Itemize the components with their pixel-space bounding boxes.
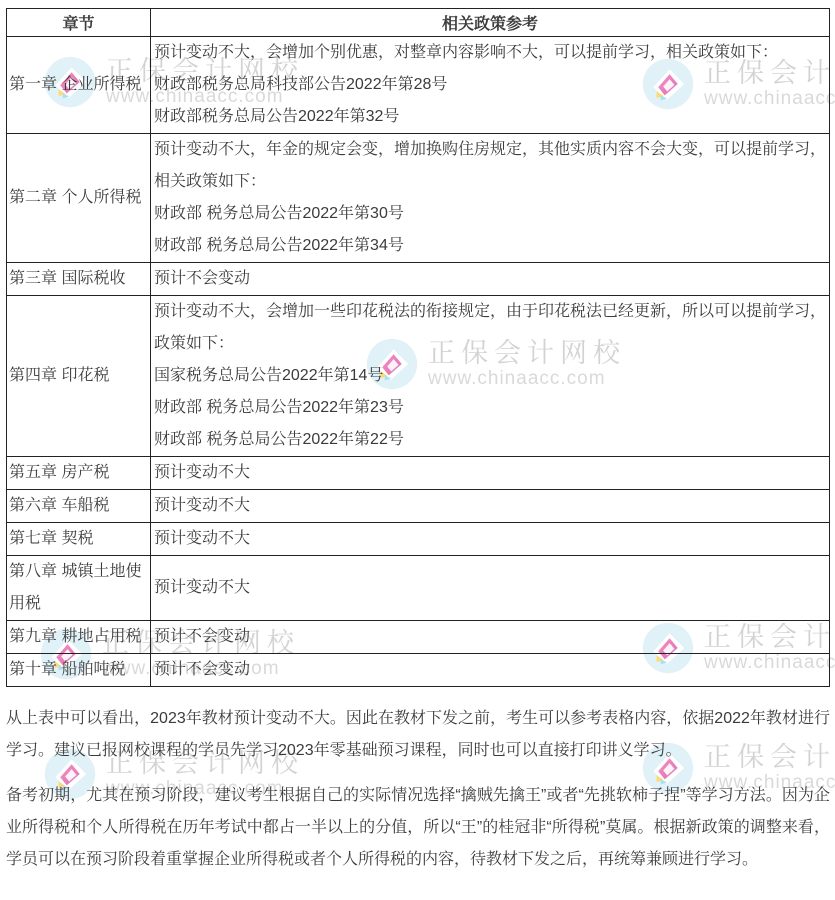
policy-cell: 预计变动不大，会增加一些印花税法的衔接规定，由于印花税法已经更新，所以可以提前学… <box>151 296 830 457</box>
policy-cell: 预计变动不大 <box>151 490 830 523</box>
table-row: 第七章 契税预计变动不大 <box>7 523 830 556</box>
summary-paragraphs: 从上表中可以看出，2023年教材预计变动不大。因此在教材下发之前，考生可以参考表… <box>6 703 830 876</box>
table-row: 第十章 船舶吨税预计不会变动 <box>7 654 830 687</box>
chapter-cell: 第三章 国际税收 <box>7 263 151 296</box>
col-header-chapter: 章节 <box>7 9 151 37</box>
chapter-cell: 第八章 城镇土地使用税 <box>7 556 151 621</box>
policy-cell: 预计变动不大 <box>151 457 830 490</box>
article-content: 章节 相关政策参考 第一章 企业所得税预计变动不大，会增加个别优惠，对整章内容影… <box>6 8 830 876</box>
policy-line: 预计变动不大 <box>154 523 826 555</box>
chapter-cell: 第六章 车船税 <box>7 490 151 523</box>
policy-line: 财政部 税务总局公告2022年第34号 <box>154 230 826 262</box>
chapter-cell: 第四章 印花税 <box>7 296 151 457</box>
policy-line: 财政部税务总局科技部公告2022年第28号 <box>154 69 826 101</box>
policy-cell: 预计不会变动 <box>151 654 830 687</box>
policy-line: 预计变动不大，年金的规定会变，增加换购住房规定，其他实质内容不会大变，可以提前学… <box>154 134 826 166</box>
policy-cell: 预计不会变动 <box>151 621 830 654</box>
policy-cell: 预计变动不大 <box>151 556 830 621</box>
policy-line: 相关政策如下： <box>154 166 826 198</box>
policy-cell: 预计变动不大 <box>151 523 830 556</box>
policy-line: 预计变动不大 <box>154 572 826 604</box>
policy-line: 预计变动不大，会增加一些印花税法的衔接规定，由于印花税法已经更新，所以可以提前学… <box>154 296 826 328</box>
document-page: { "colors": { "text": "#3b3b3b", "border… <box>0 0 835 900</box>
policy-line: 预计变动不大，会增加个别优惠，对整章内容影响不大，可以提前学习，相关政策如下： <box>154 37 826 69</box>
policy-line: 财政部税务总局公告2022年第32号 <box>154 101 826 133</box>
policy-table: 章节 相关政策参考 第一章 企业所得税预计变动不大，会增加个别优惠，对整章内容影… <box>6 8 830 687</box>
chapter-cell: 第二章 个人所得税 <box>7 134 151 263</box>
table-row: 第六章 车船税预计变动不大 <box>7 490 830 523</box>
policy-cell: 预计变动不大，年金的规定会变，增加换购住房规定，其他实质内容不会大变，可以提前学… <box>151 134 830 263</box>
chapter-cell: 第九章 耕地占用税 <box>7 621 151 654</box>
policy-cell: 预计变动不大，会增加个别优惠，对整章内容影响不大，可以提前学习，相关政策如下：财… <box>151 37 830 134</box>
policy-line: 政策如下： <box>154 328 826 360</box>
table-row: 第八章 城镇土地使用税预计变动不大 <box>7 556 830 621</box>
col-header-policy: 相关政策参考 <box>151 9 830 37</box>
chapter-cell: 第十章 船舶吨税 <box>7 654 151 687</box>
chapter-cell: 第一章 企业所得税 <box>7 37 151 134</box>
policy-line: 预计不会变动 <box>154 621 826 653</box>
policy-line: 预计不会变动 <box>154 263 826 295</box>
chapter-cell: 第七章 契税 <box>7 523 151 556</box>
policy-line: 预计变动不大 <box>154 490 826 522</box>
policy-line: 预计变动不大 <box>154 457 826 489</box>
table-row: 第二章 个人所得税预计变动不大，年金的规定会变，增加换购住房规定，其他实质内容不… <box>7 134 830 263</box>
paragraph-overview: 从上表中可以看出，2023年教材预计变动不大。因此在教材下发之前，考生可以参考表… <box>6 703 830 767</box>
policy-line: 预计不会变动 <box>154 654 826 686</box>
table-row: 第九章 耕地占用税预计不会变动 <box>7 621 830 654</box>
policy-line: 国家税务总局公告2022年第14号 <box>154 360 826 392</box>
table-row: 第五章 房产税预计变动不大 <box>7 457 830 490</box>
paragraph-advice: 备考初期，尤其在预习阶段，建议考生根据自己的实际情况选择“擒贼先擒王”或者“先挑… <box>6 780 830 876</box>
policy-line: 财政部 税务总局公告2022年第22号 <box>154 424 826 456</box>
policy-line: 财政部 税务总局公告2022年第23号 <box>154 392 826 424</box>
chapter-cell: 第五章 房产税 <box>7 457 151 490</box>
table-row: 第四章 印花税预计变动不大，会增加一些印花税法的衔接规定，由于印花税法已经更新，… <box>7 296 830 457</box>
policy-line: 财政部 税务总局公告2022年第30号 <box>154 198 826 230</box>
table-row: 第一章 企业所得税预计变动不大，会增加个别优惠，对整章内容影响不大，可以提前学习… <box>7 37 830 134</box>
policy-cell: 预计不会变动 <box>151 263 830 296</box>
table-row: 第三章 国际税收预计不会变动 <box>7 263 830 296</box>
table-header-row: 章节 相关政策参考 <box>7 9 830 37</box>
